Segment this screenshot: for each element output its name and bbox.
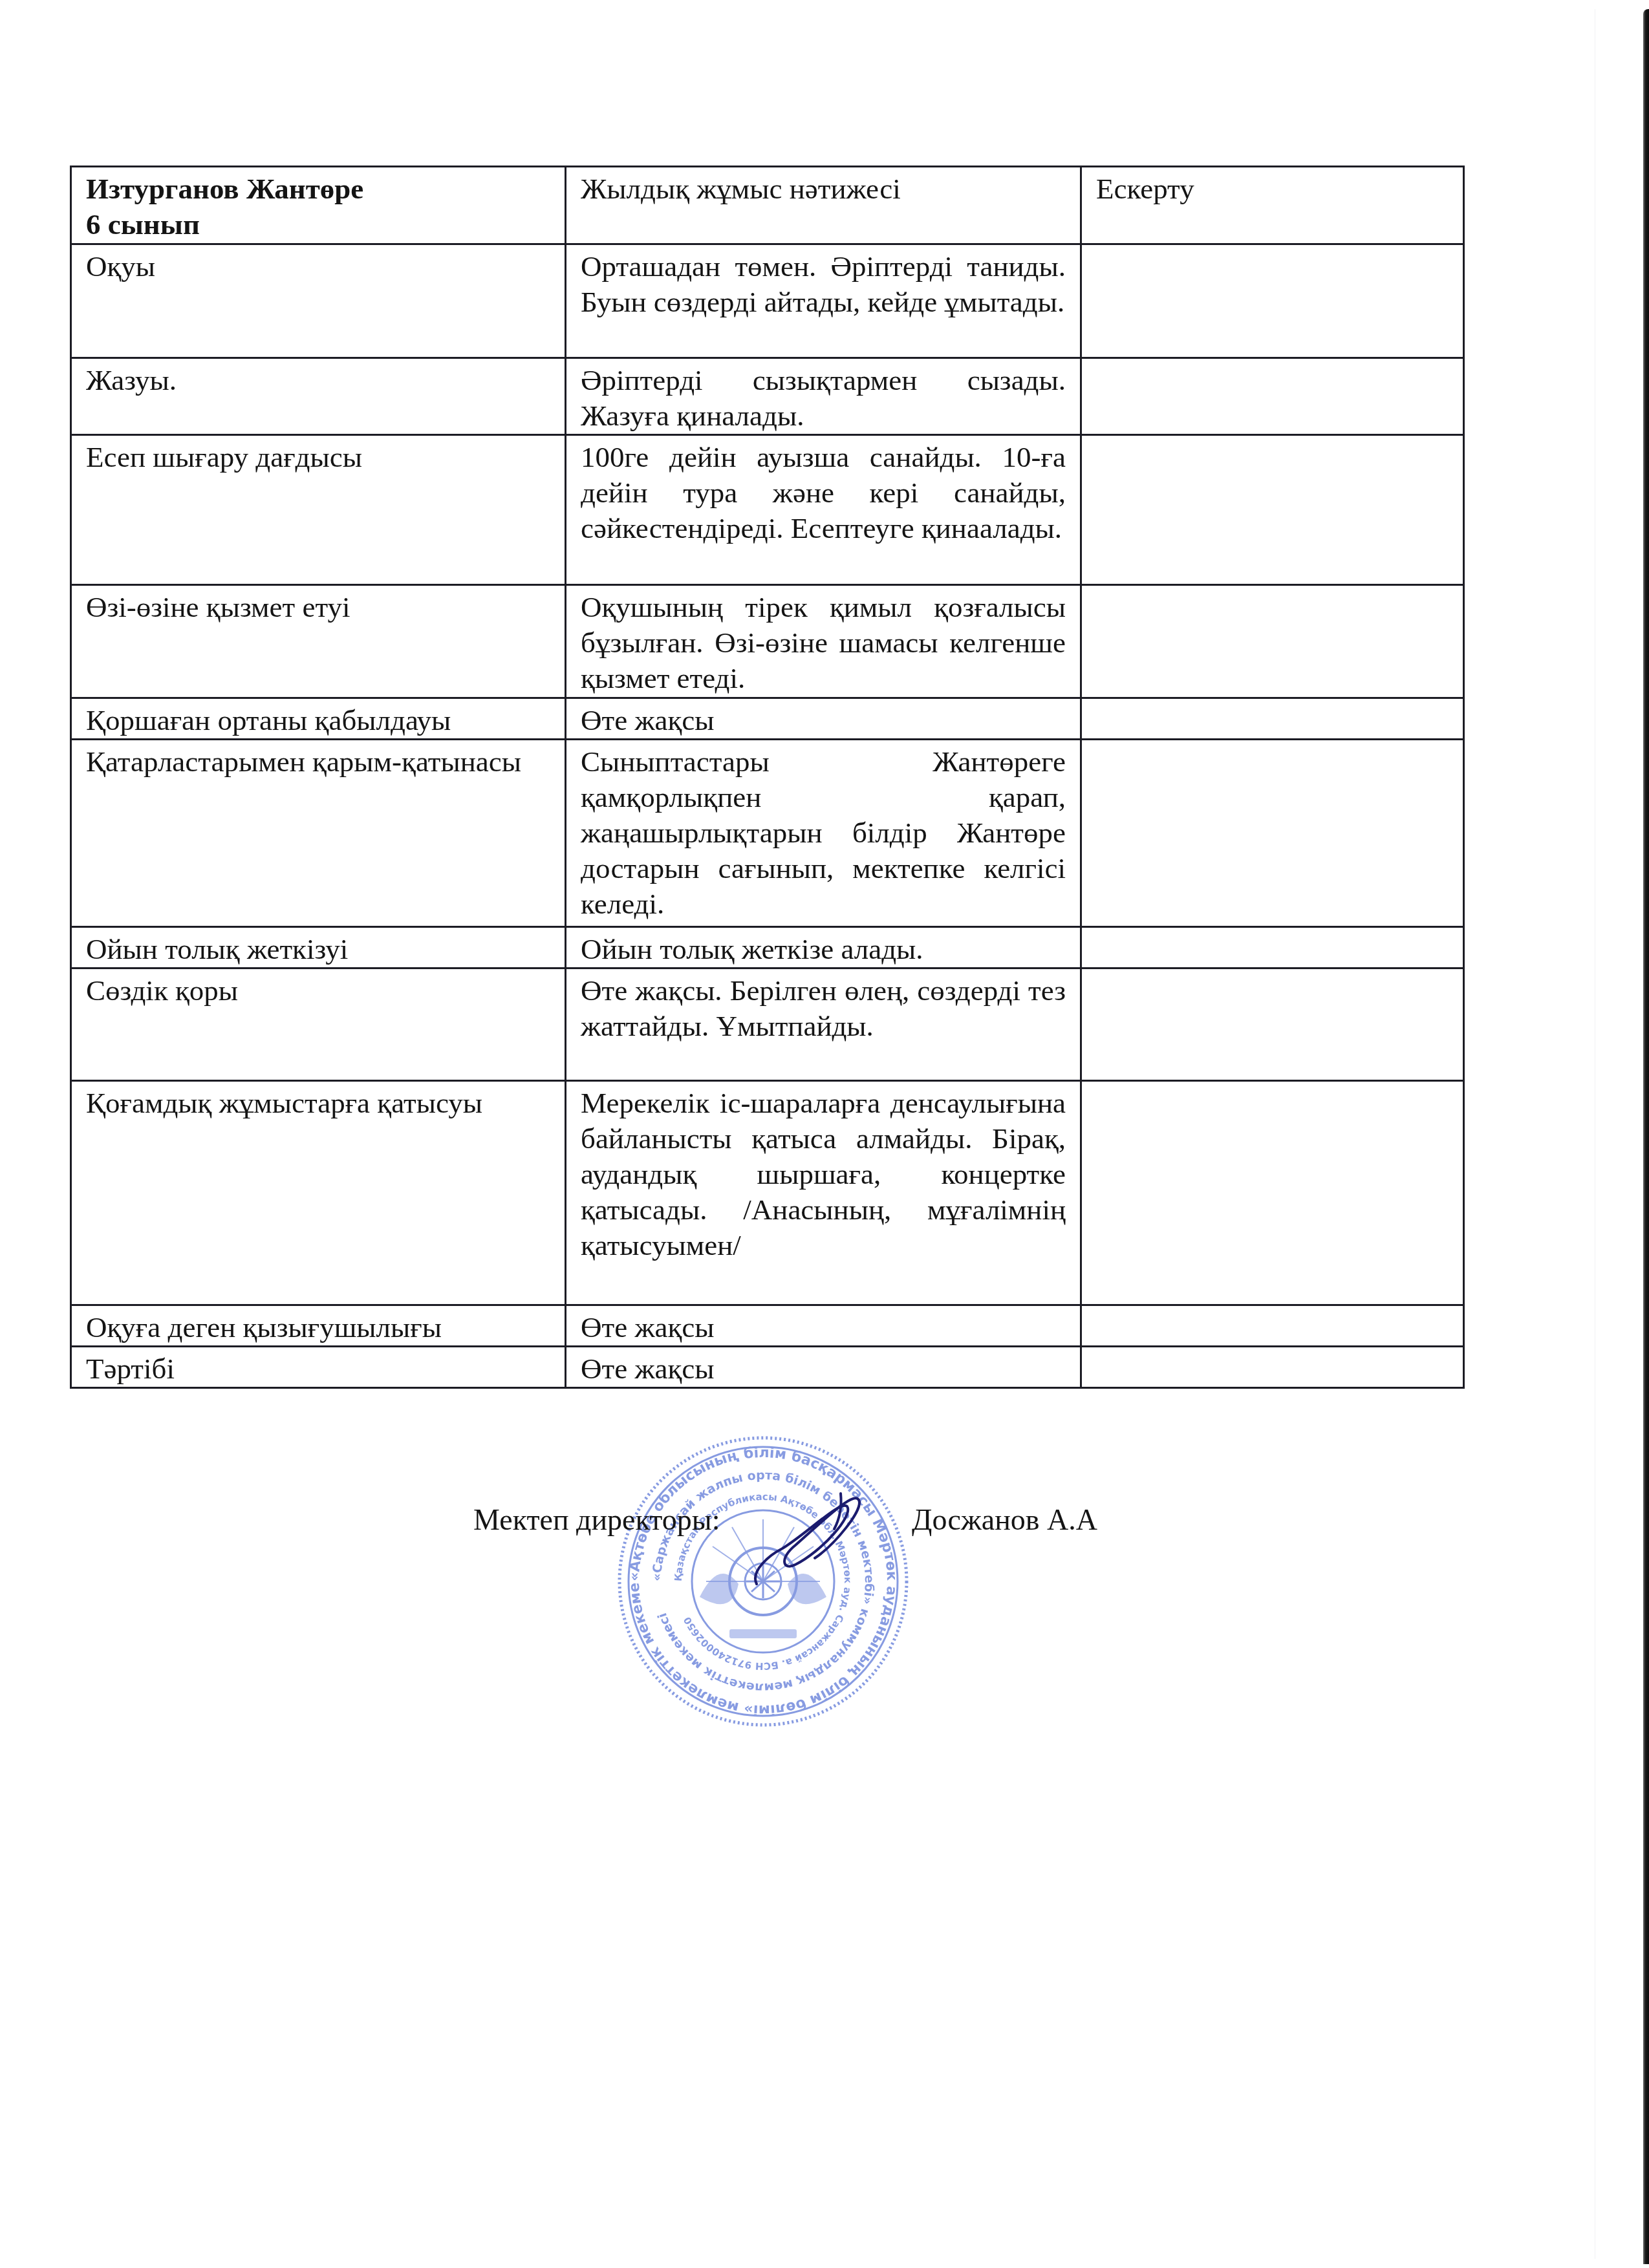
result-cell: Мерекелік іс-шараларға денсаулығына байл… xyxy=(566,1081,1081,1305)
table-row: Тәртібі Өте жақсы xyxy=(71,1347,1464,1388)
table-row: Оқуға деген қызығушылығы Өте жақсы xyxy=(71,1305,1464,1347)
director-label: Мектеп директоры: xyxy=(473,1497,720,1543)
table-row: Ойын толық жеткізуі Ойын толық жеткізе а… xyxy=(71,927,1464,968)
director-name: Досжанов А.А xyxy=(912,1497,1097,1543)
criterion-cell: Жазуы. xyxy=(71,358,566,435)
note-cell xyxy=(1081,1081,1464,1305)
table-row: Есеп шығару дағдысы 100ге дейін ауызша с… xyxy=(71,435,1464,585)
table-row: Сөздік қоры Өте жақсы. Берілген өлең, сө… xyxy=(71,968,1464,1081)
note-cell xyxy=(1081,435,1464,585)
note-cell xyxy=(1081,968,1464,1081)
official-stamp-icon: «Ақтөбе облысының білім басқармасы Мәртө… xyxy=(616,1435,911,1728)
note-cell xyxy=(1081,740,1464,927)
svg-text:«Ақтөбе облысының білім басқар: «Ақтөбе облысының білім басқармасы Мәртө… xyxy=(616,1435,900,1718)
criterion-cell: Ойын толық жеткізуі xyxy=(71,927,566,968)
result-cell: Сыныптастары Жантөреге қамқорлықпен қара… xyxy=(566,740,1081,927)
signature-block: Мектеп директоры: Досжанов А.А xyxy=(0,1497,1649,1543)
table-row: Жазуы. Әріптерді сызықтармен сызады. Жаз… xyxy=(71,358,1464,435)
table-row: Қоршаған ортаны қабылдауы Өте жақсы xyxy=(71,698,1464,740)
result-cell: Өте жақсы. Берілген өлең, сөздерді тез ж… xyxy=(566,968,1081,1081)
criterion-cell: Есеп шығару дағдысы xyxy=(71,435,566,585)
note-cell xyxy=(1081,585,1464,698)
header-student-cell: Изтурганов Жантөре 6 сынып xyxy=(71,167,566,244)
criterion-cell: Тәртібі xyxy=(71,1347,566,1388)
criterion-cell: Оқуы xyxy=(71,244,566,358)
result-cell: 100ге дейін ауызша санайды. 10-ға дейін … xyxy=(566,435,1081,585)
header-notes: Ескерту xyxy=(1081,167,1464,244)
criterion-cell: Қоршаған ортаны қабылдауы xyxy=(71,698,566,740)
result-cell: Өте жақсы xyxy=(566,1347,1081,1388)
criterion-cell: Қатарластарымен қарым-қатынасы xyxy=(71,740,566,927)
table-header-row: Изтурганов Жантөре 6 сынып Жылдық жұмыс … xyxy=(71,167,1464,244)
table-row: Қоғамдық жұмыстарға қатысуы Мерекелік іс… xyxy=(71,1081,1464,1305)
criterion-cell: Қоғамдық жұмыстарға қатысуы xyxy=(71,1081,566,1305)
result-cell: Өте жақсы xyxy=(566,1305,1081,1347)
note-cell xyxy=(1081,1347,1464,1388)
note-cell xyxy=(1081,358,1464,435)
student-report-table: Изтурганов Жантөре 6 сынып Жылдық жұмыс … xyxy=(70,166,1465,1389)
criterion-cell: Сөздік қоры xyxy=(71,968,566,1081)
scan-artifact-line xyxy=(1595,9,1595,2259)
table-row: Өзі-өзіне қызмет етуі Оқушының тірек қим… xyxy=(71,585,1464,698)
student-class: 6 сынып xyxy=(86,207,550,242)
table-row: Оқуы Орташадан төмен. Әріптерді таниды. … xyxy=(71,244,1464,358)
result-cell: Әріптерді сызықтармен сызады. Жазуға қин… xyxy=(566,358,1081,435)
result-cell: Өте жақсы xyxy=(566,698,1081,740)
note-cell xyxy=(1081,927,1464,968)
student-name: Изтурганов Жантөре xyxy=(86,171,550,207)
header-annual-results: Жылдық жұмыс нәтижесі xyxy=(566,167,1081,244)
note-cell xyxy=(1081,1305,1464,1347)
criterion-cell: Оқуға деген қызығушылығы xyxy=(71,1305,566,1347)
result-cell: Оқушының тірек қимыл қозғалысы бұзылған.… xyxy=(566,585,1081,698)
result-cell: Орташадан төмен. Әріптерді таниды. Буын … xyxy=(566,244,1081,358)
stamp-outer-text: «Ақтөбе облысының білім басқармасы Мәртө… xyxy=(616,1435,900,1718)
note-cell xyxy=(1081,698,1464,740)
result-cell: Ойын толық жеткізе алады. xyxy=(566,927,1081,968)
note-cell xyxy=(1081,244,1464,358)
criterion-cell: Өзі-өзіне қызмет етуі xyxy=(71,585,566,698)
table-row: Қатарластарымен қарым-қатынасы Сыныптаст… xyxy=(71,740,1464,927)
scanner-edge xyxy=(1643,9,1649,2264)
